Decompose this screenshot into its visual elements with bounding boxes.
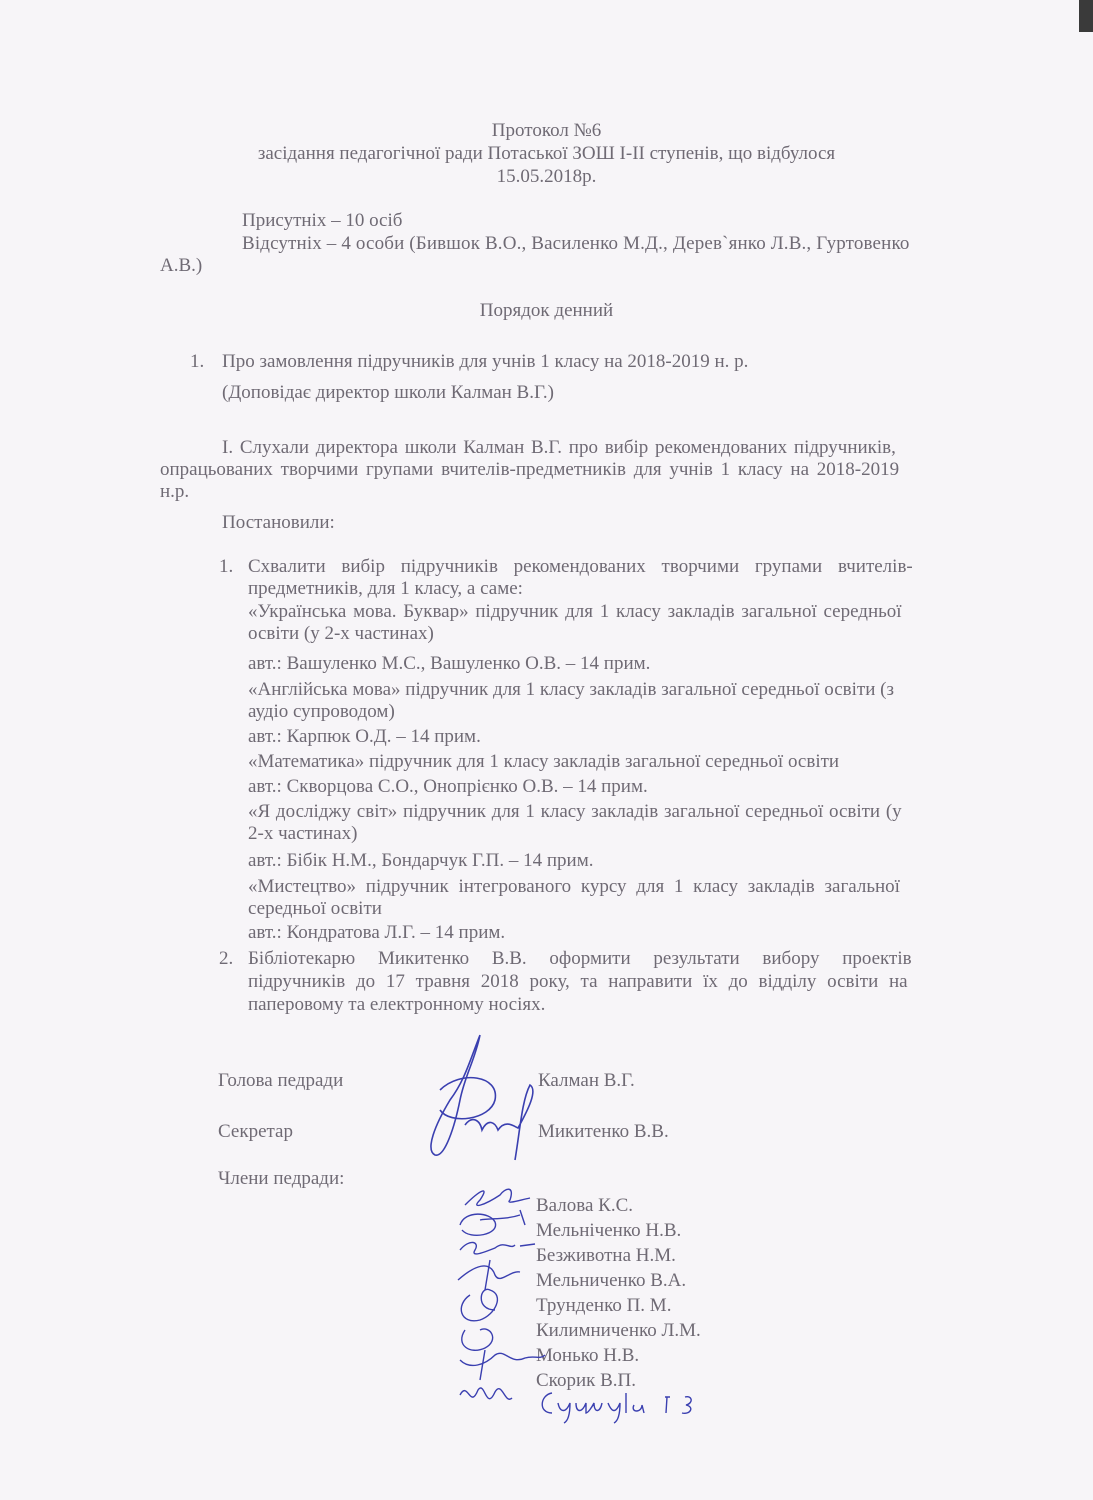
textbook-authors: авт.: Карпюк О.Д. – 14 прим.: [248, 726, 481, 748]
textbook-title-cont: освіти (у 2-х частинах): [248, 623, 434, 645]
protocol-subtitle: засідання педагогічної ради Потаської ЗО…: [0, 143, 1093, 165]
member-name: Безживотна Н.М.: [536, 1245, 676, 1267]
textbook-title: «Я досліджу світ» підручник для 1 класу …: [248, 801, 902, 823]
textbook-authors: авт.: Скворцова С.О., Онопрієнко О.В. – …: [248, 776, 648, 798]
agenda-heading: Порядок денний: [0, 300, 1093, 322]
member-name: Мельниченко В.А.: [536, 1270, 686, 1292]
member-name: Валова К.С.: [536, 1195, 633, 1217]
handwritten-member-signature: [530, 1385, 720, 1425]
resolution-line: Схвалити вибір підручників рекомендовани…: [248, 556, 913, 578]
resolution-line: Бібліотекарю Микитенко В.В. оформити рез…: [248, 948, 912, 970]
scan-edge-artifact: [1079, 0, 1093, 32]
textbook-title: «Математика» підручник для 1 класу закла…: [248, 751, 839, 773]
resolution-line: підручників до 17 травня 2018 року, та н…: [248, 971, 908, 993]
resolution-2-number: 2.: [219, 948, 233, 970]
protocol-title: Протокол №6: [0, 120, 1093, 142]
resolution-line: паперовому та електронному носіях.: [248, 994, 545, 1016]
absent-list: Відсутніх – 4 особи (Бившок В.О., Василе…: [242, 233, 910, 255]
agenda-item-speaker: (Доповідає директор школи Калман В.Г.): [222, 382, 554, 404]
members-label: Члени педради:: [218, 1168, 344, 1190]
agenda-item-text: Про замовлення підручників для учнів 1 к…: [222, 351, 748, 373]
resolution-1-number: 1.: [219, 556, 233, 578]
chair-secretary-signature: [410, 1030, 560, 1170]
absent-list-cont: А.В.): [160, 255, 202, 277]
member-name: Мельніченко Н.В.: [536, 1220, 681, 1242]
resolved-heading: Постановили:: [222, 512, 335, 534]
member-name: Килимниченко Л.М.: [536, 1320, 701, 1342]
present-count: Присутніх – 10 осіб: [242, 210, 402, 232]
resolution-line: предметників, для 1 класу, а саме:: [248, 578, 523, 600]
textbook-authors: авт.: Бібік Н.М., Бондарчук Г.П. – 14 пр…: [248, 850, 593, 872]
textbook-title-cont: середньої освіти: [248, 898, 382, 920]
heard-line-2: опрацьованих творчими групами вчителів-п…: [160, 459, 899, 481]
textbook-title-cont: аудіо супроводом): [248, 701, 395, 723]
textbook-title-cont: 2-х частинах): [248, 823, 357, 845]
agenda-item-number: 1.: [190, 351, 204, 373]
heard-line-3: н.р.: [160, 481, 189, 503]
textbook-title: «Англійська мова» підручник для 1 класу …: [248, 679, 894, 701]
textbook-title: «Мистецтво» підручник інтегрованого курс…: [248, 876, 900, 898]
textbook-title: «Українська мова. Буквар» підручник для …: [248, 601, 902, 623]
scanned-document-page: Протокол №6 засідання педагогічної ради …: [0, 0, 1093, 1500]
chair-label: Голова педради: [218, 1070, 343, 1092]
member-name: Трунденко П. М.: [536, 1295, 671, 1317]
member-name: Монько Н.В.: [536, 1345, 639, 1367]
textbook-authors: авт.: Вашуленко М.С., Вашуленко О.В. – 1…: [248, 653, 650, 675]
heard-line-1: І. Слухали директора школи Калман В.Г. п…: [222, 437, 896, 459]
secretary-label: Секретар: [218, 1121, 293, 1143]
textbook-authors: авт.: Кондратова Л.Г. – 14 прим.: [248, 922, 505, 944]
protocol-date: 15.05.2018р.: [0, 166, 1093, 188]
